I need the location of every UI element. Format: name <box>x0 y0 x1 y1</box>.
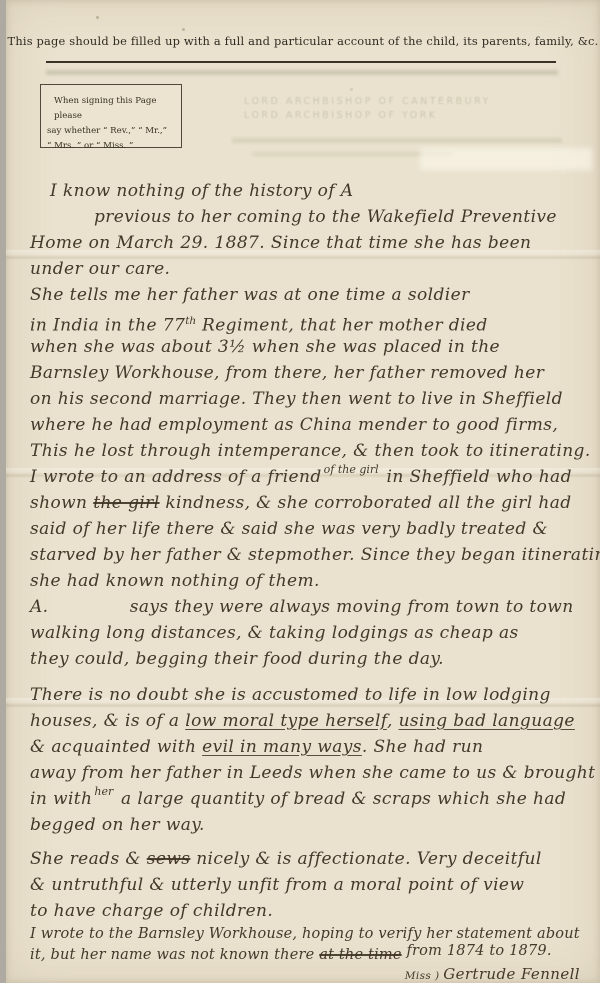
sig-prefix-segment: Miss ) <box>405 970 443 982</box>
text-segment: A. says they were always moving from tow… <box>30 597 574 617</box>
text-segment: begged on her way. <box>30 815 205 835</box>
text-segment: previous to her coming to the Wakefield … <box>94 207 557 227</box>
text-segment: I know nothing of the history of A <box>50 181 354 201</box>
manuscript-text: I know nothing of the history of Aprevio… <box>30 178 586 982</box>
manuscript-line: houses, & is of a low moral type herself… <box>30 708 586 734</box>
u-segment: using bad language <box>399 711 575 731</box>
printed-header: This page should be filled up with a ful… <box>6 34 600 48</box>
text-segment: when she was about 3½ when she was place… <box>30 337 500 357</box>
text-segment: where he had employment as China mender … <box>30 415 558 435</box>
manuscript-line: starved by her father & stepmother. Sinc… <box>30 542 586 568</box>
text-segment: a large quantity of bread & scraps which… <box>115 789 566 809</box>
text-segment: in with <box>30 789 92 809</box>
text-segment: There is no doubt she is accustomed to l… <box>30 685 551 705</box>
u-segment: low moral type herself <box>185 711 387 731</box>
ghost-line: LORD ARCHBISHOP OF CANTERBURY <box>244 95 584 109</box>
text-segment: She reads & <box>30 849 147 869</box>
header-rule <box>46 61 556 63</box>
text-segment: She tells me her father was at one time … <box>30 285 470 305</box>
manuscript-line: I wrote to the Barnsley Workhouse, hopin… <box>30 924 586 945</box>
manuscript-line: on his second marriage. They then went t… <box>30 386 586 412</box>
signing-note-line: “ Mrs. ” or “ Miss. ” <box>41 139 181 154</box>
text-segment: Barnsley Workhouse, from there, her fath… <box>30 363 544 383</box>
manuscript-line: Barnsley Workhouse, from there, her fath… <box>30 360 586 386</box>
manuscript-line: shown the girl kindness, & she corrobora… <box>30 490 586 516</box>
text-segment: in Sheffield who had <box>381 467 572 487</box>
manuscript-line: under our care. <box>30 256 586 282</box>
manuscript-line: Miss ) Gertrude Fennell <box>30 966 586 982</box>
text-segment: she had known nothing of them. <box>30 571 320 591</box>
manuscript-line: A. says they were always moving from tow… <box>30 594 586 620</box>
text-segment: I wrote to the Barnsley Workhouse, hopin… <box>30 926 580 942</box>
signing-instructions-box: When signing this Page please say whethe… <box>40 84 182 148</box>
scanned-document: { "printed": { "header": "This page shou… <box>0 0 600 983</box>
manuscript-line: She tells me her father was at one time … <box>30 282 586 308</box>
text-segment: houses, & is of a <box>30 711 185 731</box>
ins-segment: her <box>94 785 113 798</box>
manuscript-line: when she was about 3½ when she was place… <box>30 334 586 360</box>
manuscript-line: they could, begging their food during th… <box>30 646 586 672</box>
text-segment: & untruthful & utterly unfit from a mora… <box>30 875 524 895</box>
ghost-line: LORD ARCHBISHOP OF YORK <box>244 109 584 123</box>
manuscript-line: previous to her coming to the Wakefield … <box>30 204 586 230</box>
text-segment: Regiment, that her mother died <box>196 316 487 336</box>
paper-speck <box>182 28 185 31</box>
text-segment: I wrote to an address of a friend <box>30 467 322 487</box>
manuscript-line: & acquainted with evil in many ways. She… <box>30 734 586 760</box>
manuscript-line: begged on her way. <box>30 812 586 838</box>
text-segment: said of her life there & said she was ve… <box>30 519 548 539</box>
signing-note-line: When signing this Page please <box>41 94 181 124</box>
text-segment: & acquainted with <box>30 737 202 757</box>
paper-speck <box>96 16 99 19</box>
paper-speck <box>350 88 353 91</box>
text-segment: . She had run <box>362 737 483 757</box>
manuscript-line: Home on March 29. 1887. Since that time … <box>30 230 586 256</box>
text-segment: , <box>387 711 399 731</box>
text-segment: walking long distances, & taking lodging… <box>30 623 519 643</box>
text-segment: they could, begging their food during th… <box>30 649 444 669</box>
text-segment: This he lost through intemperance, & the… <box>30 441 591 461</box>
manuscript-line: There is no doubt she is accustomed to l… <box>30 682 586 708</box>
text-segment: kindness, & she corroborated all the gir… <box>160 493 572 513</box>
manuscript-line: & untruthful & utterly unfit from a mora… <box>30 872 586 898</box>
ins-segment: of the girl <box>324 463 379 476</box>
paper-bright-patch <box>420 148 592 170</box>
text-segment: to have charge of children. <box>30 901 273 921</box>
text-segment: shown <box>30 493 93 513</box>
manuscript-line: I wrote to an address of a friendof the … <box>30 464 586 490</box>
manuscript-line: I know nothing of the history of A <box>30 178 586 204</box>
text-segment: Home on March 29. 1887. Since that time … <box>30 233 531 253</box>
strike-segment: at the time <box>319 947 401 963</box>
manuscript-line: walking long distances, & taking lodging… <box>30 620 586 646</box>
manuscript-line: it, but her name was not known there at … <box>30 945 586 966</box>
manuscript-line: in India in the 77th Regiment, that her … <box>30 308 586 334</box>
ghost-showthrough-text: LORD ARCHBISHOP OF CANTERBURY LORD ARCHB… <box>244 95 584 123</box>
manuscript-line: This he lost through intemperance, & the… <box>30 438 586 464</box>
text-segment: nicely & is affectionate. Very deceitful <box>190 849 541 869</box>
manuscript-line: in withher a large quantity of bread & s… <box>30 786 586 812</box>
raised-segment: from 1874 to 1879. <box>406 943 551 959</box>
text-segment: on his second marriage. They then went t… <box>30 389 563 409</box>
text-segment: starved by her father & stepmother. Sinc… <box>30 545 600 565</box>
text-segment: it, but her name was not known there <box>30 947 319 963</box>
manuscript-line: to have charge of children. <box>30 898 586 924</box>
manuscript-line: where he had employment as China mender … <box>30 412 586 438</box>
u-segment: evil in many ways <box>202 737 362 757</box>
manuscript-line: She reads & sews nicely & is affectionat… <box>30 846 586 872</box>
manuscript-line: said of her life there & said she was ve… <box>30 516 586 542</box>
strike-segment: sews <box>147 849 191 869</box>
signing-note-line: say whether “ Rev.,” “ Mr.,” <box>41 124 181 139</box>
text-segment: away from her father in Leeds when she c… <box>30 763 595 783</box>
strike-segment: the girl <box>93 493 159 513</box>
text-segment: under our care. <box>30 259 170 279</box>
text-segment: in India in the 77 <box>30 316 185 336</box>
signature-segment: Gertrude Fennell <box>443 965 580 983</box>
manuscript-line: away from her father in Leeds when she c… <box>30 760 586 786</box>
manuscript-line: she had known nothing of them. <box>30 568 586 594</box>
sup-segment: th <box>185 315 196 327</box>
